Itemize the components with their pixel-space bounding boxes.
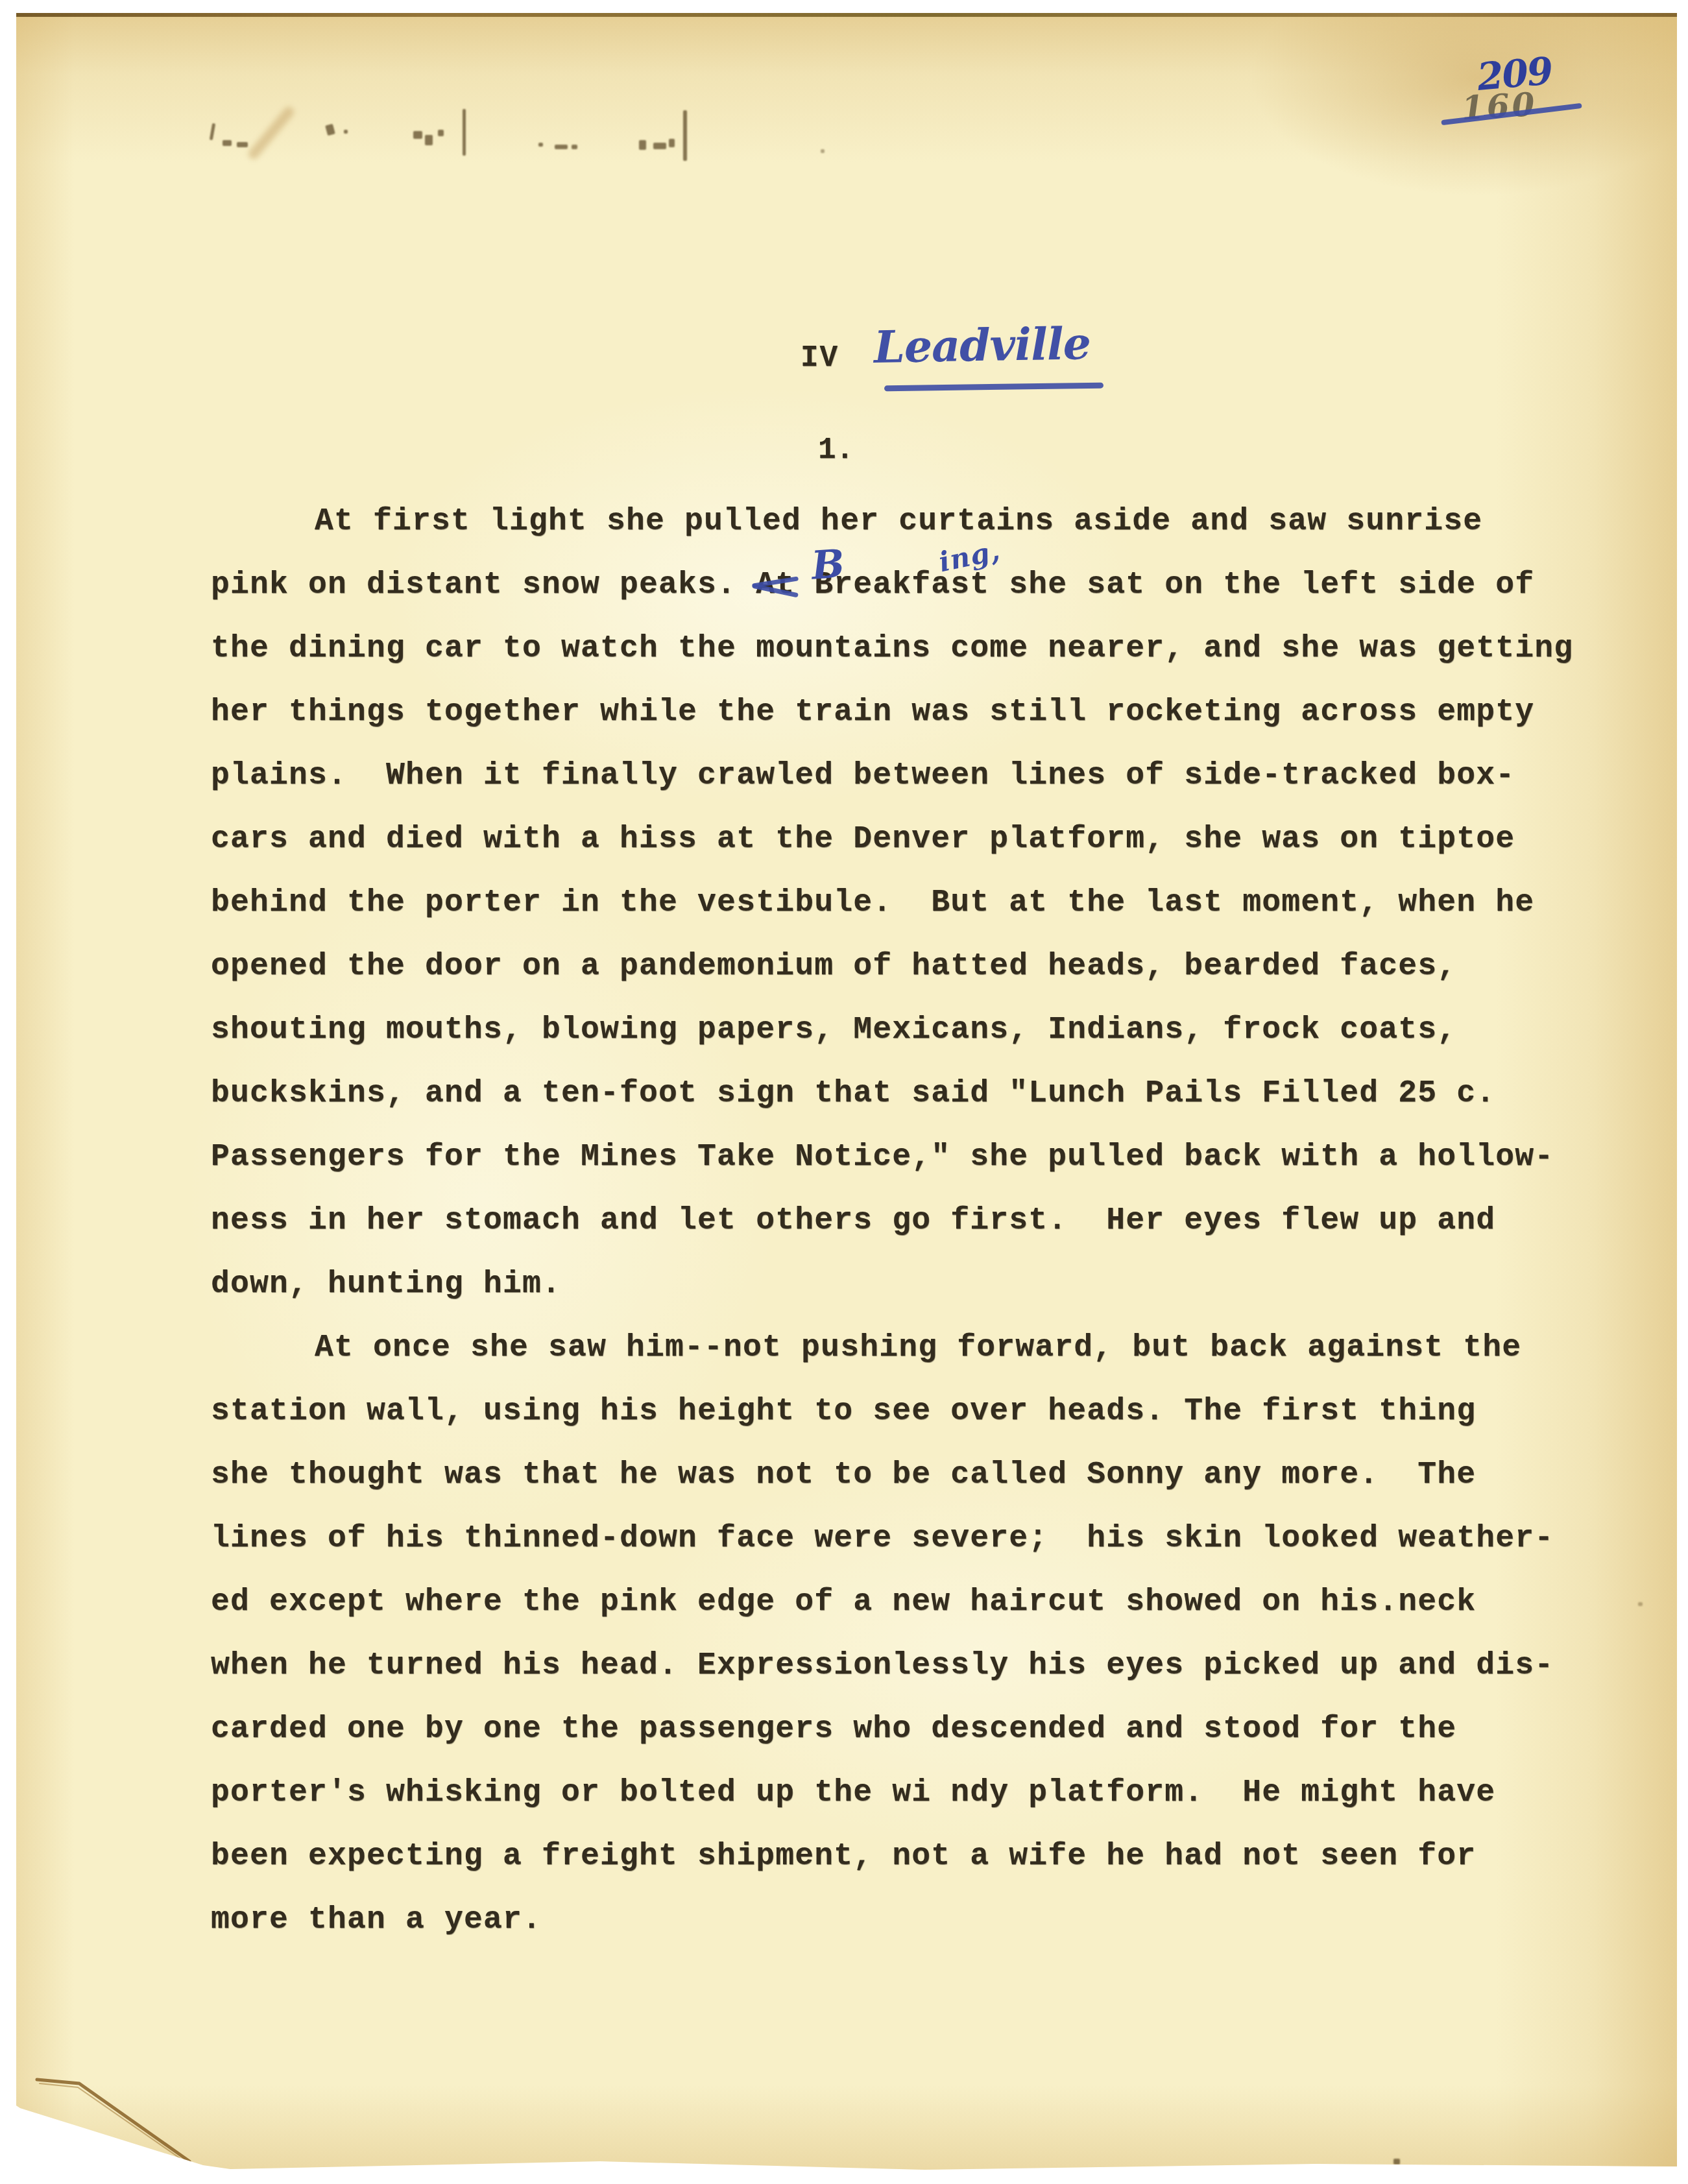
text-line: porter's whisking or bolted up the wi nd… [211,1761,1619,1825]
text-line: she thought was that he was not to be ca… [211,1443,1619,1507]
text-line: buckskins, and a ten-foot sign that said… [211,1062,1619,1125]
typed-text: behind the porter in the vestibule. But … [211,885,1534,920]
text-line: At once she saw him--not pushing forward… [211,1316,1619,1380]
pencil-smudge [653,143,666,149]
text-line: been expecting a freight shipment, not a… [211,1825,1619,1888]
pencil-smudge [463,109,466,156]
typed-text: cars and died with a hiss at the Denver … [211,822,1515,857]
ink-overwrite-letter: B [810,544,847,585]
typed-text: At first light she pulled her curtains a… [315,504,1482,539]
pencil-smudge [683,110,687,161]
pencil-smudge [538,143,543,147]
text-line: behind the porter in the vestibule. But … [211,871,1619,935]
typed-text: ness in her stomach and let others go fi… [211,1203,1495,1238]
typed-text: station wall, using his height to see ov… [211,1394,1476,1429]
text-line: opened the door on a pandemonium of hatt… [211,935,1619,998]
paper-top-edge [16,13,1677,17]
pencil-smudge [438,130,444,136]
typed-text: pink on distant snow peaks. [211,568,756,603]
typed-text: more than a year. [211,1902,542,1938]
paper-speck [1638,1602,1643,1606]
typed-text: been expecting a freight shipment, not a… [211,1839,1476,1874]
text-line: pink on distant snow peaks. At Breakfast… [211,553,1619,617]
pencil-smudge [555,145,568,149]
text-line: down, hunting him. [211,1253,1619,1316]
text-line: ed except where the pink edge of a new h… [211,1570,1619,1634]
pencil-smudge [669,139,675,147]
text-line: her things together while the train was … [211,680,1619,744]
chapter-numeral: IV [801,341,839,375]
pencil-smudge [210,123,215,140]
typed-text: At once she saw him--not pushing forward… [315,1330,1521,1365]
section-number: 1. [818,433,854,467]
text-line: the dining car to watch the mountains co… [211,617,1619,680]
text-line: At first light she pulled her curtains a… [211,490,1619,553]
typed-text: opened the door on a pandemonium of hatt… [211,949,1456,984]
text-line: ness in her stomach and let others go fi… [211,1189,1619,1253]
typed-text: down, hunting him. [211,1267,561,1302]
typed-text: ed except where the pink edge of a new h… [211,1585,1476,1620]
pencil-smudge [639,140,646,150]
typed-text: she thought was that he was not to be ca… [211,1458,1476,1493]
typed-text: lines of his thinned-down face were seve… [211,1521,1554,1556]
pencil-smudge [413,131,422,139]
typed-text: plains. When it finally crawled between … [211,758,1515,793]
text-line: cars and died with a hiss at the Denver … [211,808,1619,871]
overwritten-word: BreakfastBing, [814,553,989,617]
pencil-smudge [325,124,335,136]
pencil-smudge-streak [247,105,296,162]
chapter-title-underline [884,383,1103,392]
pencil-smudge [572,145,577,149]
manuscript-page: 209 160 IV Leadville 1. At first light s… [16,13,1677,2170]
pencil-smudge [821,149,825,153]
typed-text: buckskins, and a ten-foot sign that said… [211,1076,1495,1111]
chapter-title-handwritten: Leadville [873,308,1091,383]
text-line: lines of his thinned-down face were seve… [211,1507,1619,1570]
text-line: when he turned his head. Expressionlessl… [211,1634,1619,1698]
typed-text: the dining car to watch the mountains co… [211,631,1573,666]
scanner-background: 209 160 IV Leadville 1. At first light s… [0,0,1688,2184]
text-line: plains. When it finally crawled between … [211,744,1619,808]
text-line: carded one by one the passengers who des… [211,1698,1619,1761]
typed-text: when he turned his head. Expressionlessl… [211,1648,1554,1683]
typed-text: Passengers for the Mines Take Notice," s… [211,1140,1554,1175]
text-line: shouting mouths, blowing papers, Mexican… [211,998,1619,1062]
typed-text: shouting mouths, blowing papers, Mexican… [211,1013,1456,1048]
pencil-smudge [344,130,348,134]
typed-text: her things together while the train was … [211,695,1534,730]
text-line: station wall, using his height to see ov… [211,1380,1619,1443]
typed-text [795,568,814,603]
pencil-smudge [425,135,433,145]
text-line: more than a year. [211,1888,1619,1952]
ink-struck-word: At [756,553,795,617]
typed-text: carded one by one the passengers who des… [211,1712,1456,1747]
paper-speck [1393,2159,1400,2165]
typed-text: she sat on the left side of [989,568,1534,603]
body-text: At first light she pulled her curtains a… [211,490,1619,1952]
typed-text: porter's whisking or bolted up the wi nd… [211,1775,1495,1810]
pencil-smudge [223,140,232,146]
text-line: Passengers for the Mines Take Notice," s… [211,1125,1619,1189]
pencil-smudge [237,142,248,147]
